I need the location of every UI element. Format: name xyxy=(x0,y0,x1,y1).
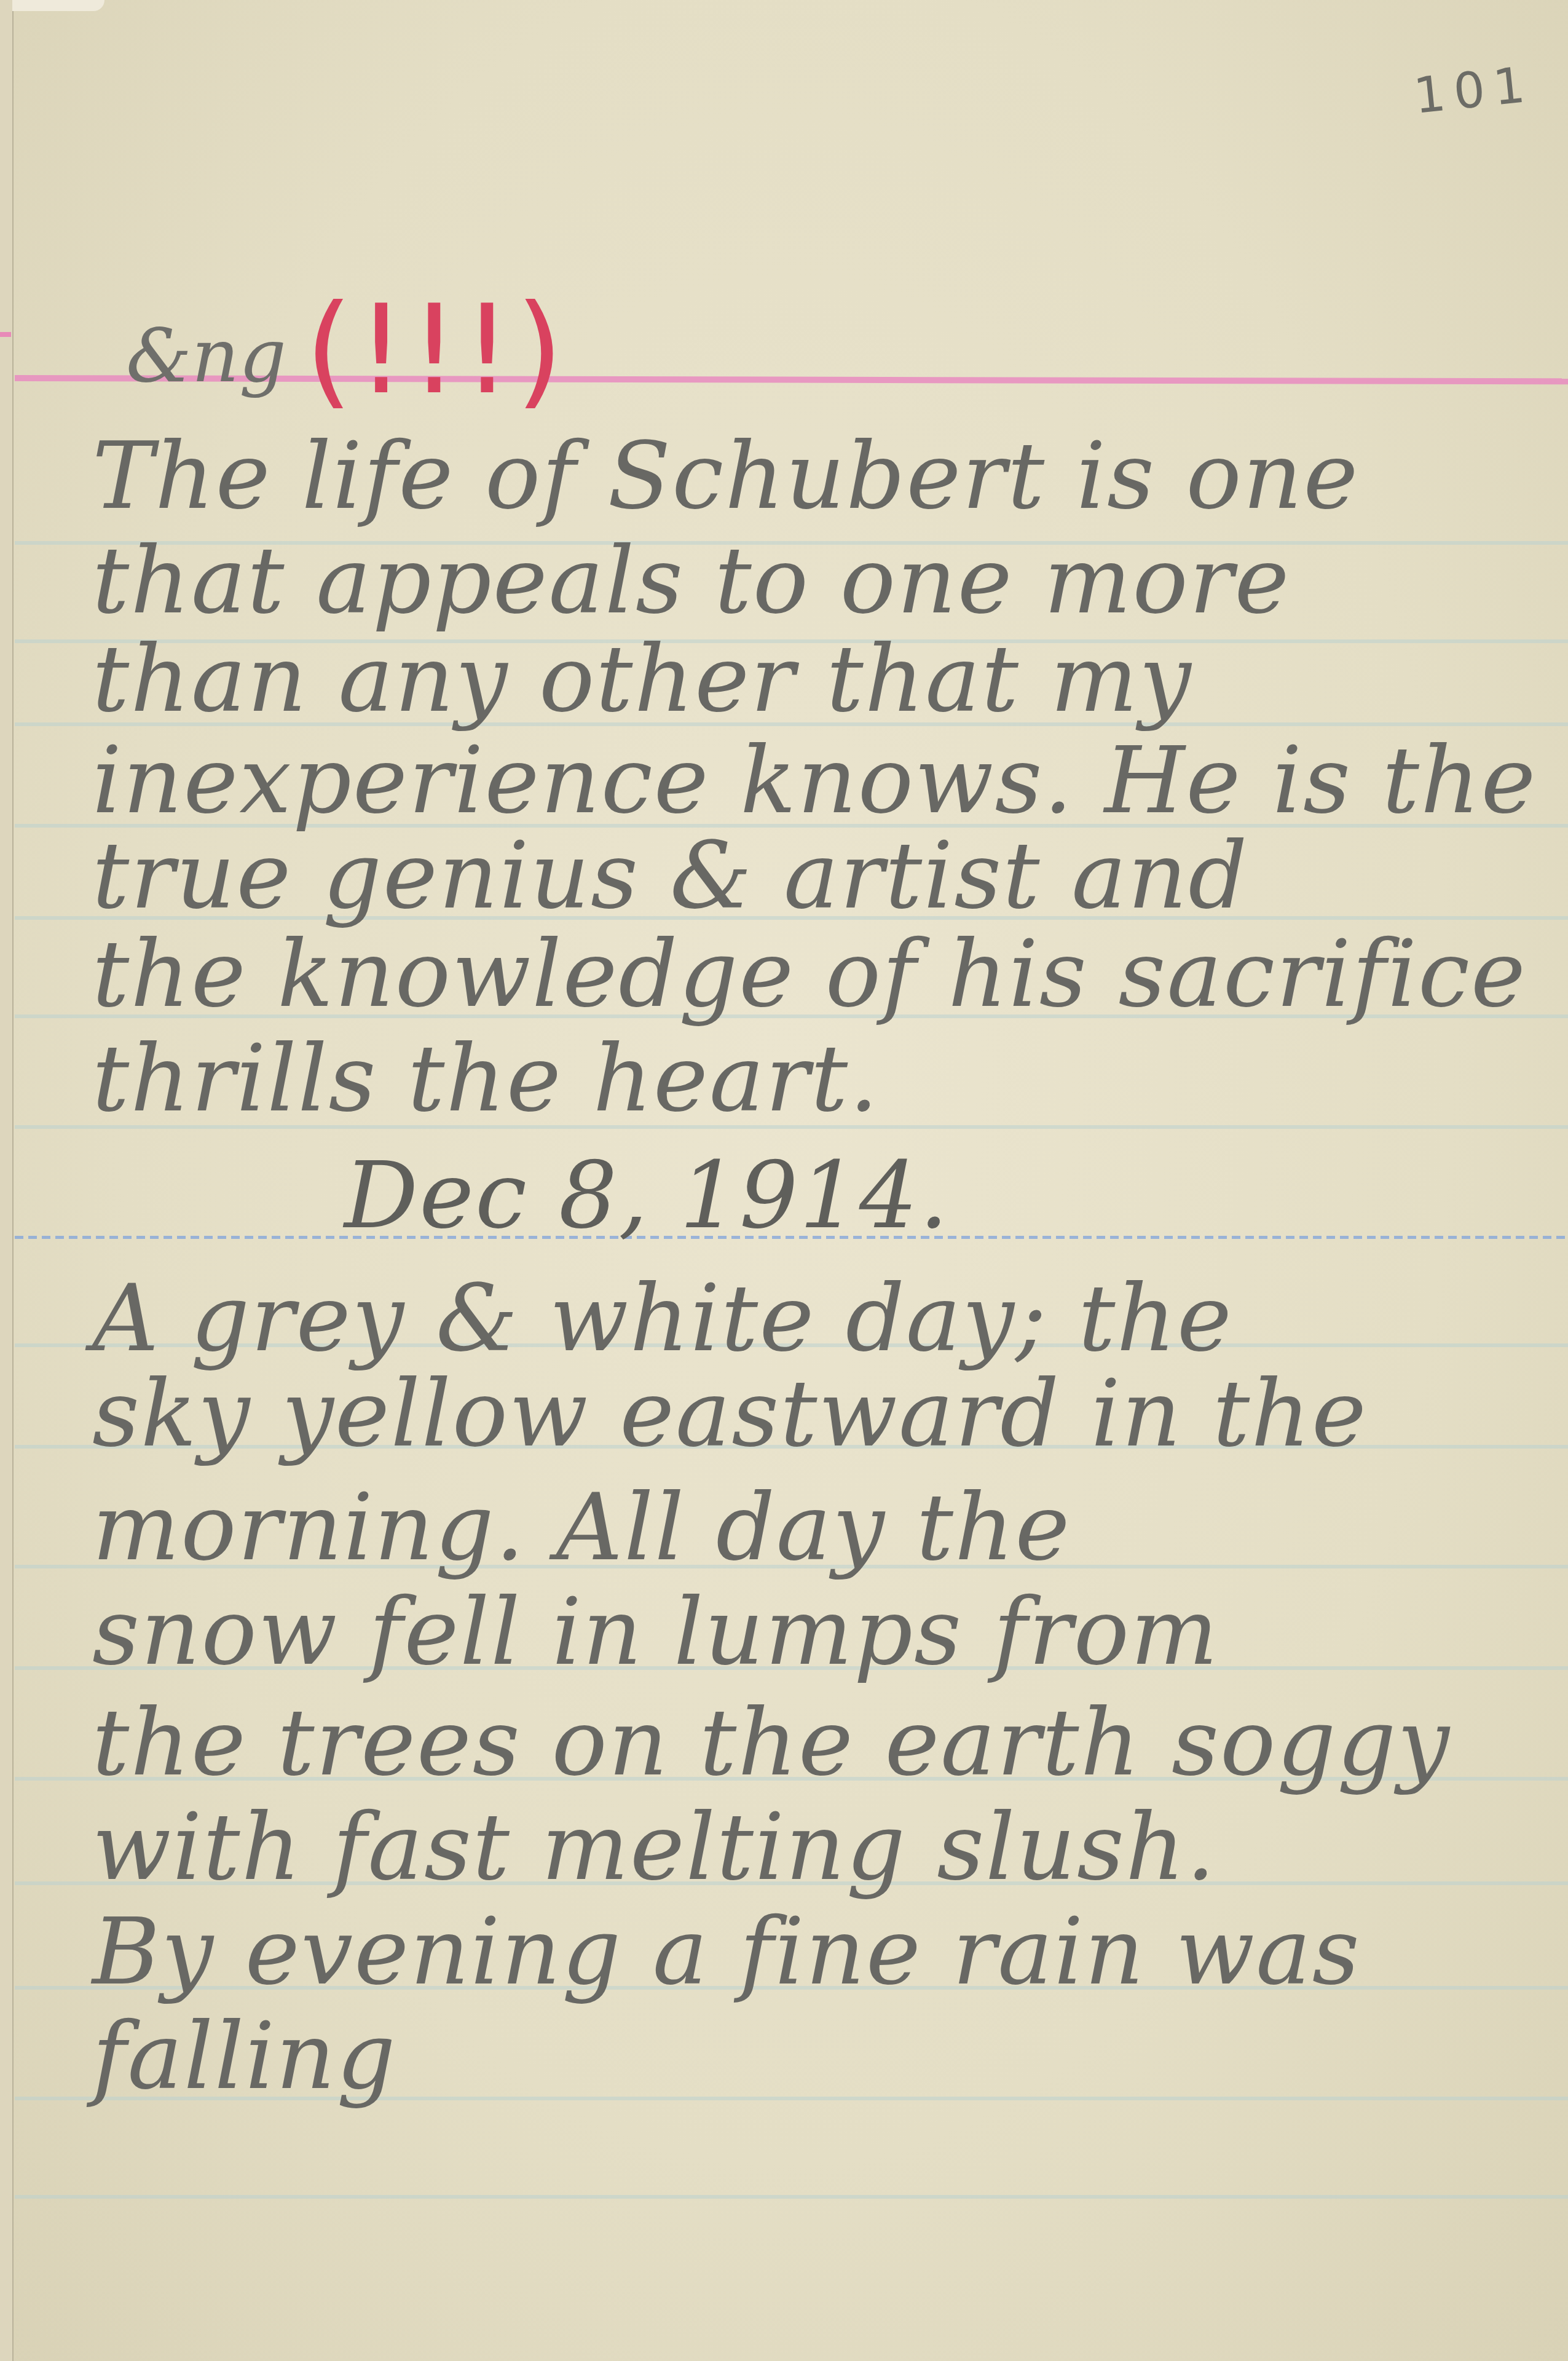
margin-line-stub xyxy=(0,332,11,337)
page-top-fold xyxy=(12,0,104,11)
entry-line: thrills the heart. xyxy=(92,1033,880,1125)
entry-line: The life of Schubert is one xyxy=(92,430,1359,523)
entry-line: the trees on the earth soggy xyxy=(92,1697,1451,1789)
notebook-page: 101 &ng (!!!) The life of Schubert is on… xyxy=(0,0,1568,2361)
entry-line: By evening a fine rain was xyxy=(92,1906,1361,1998)
entry-line: with fast melting slush. xyxy=(92,1801,1216,1894)
entry-line: sky yellow eastward in the xyxy=(92,1368,1368,1460)
entry-line: snow fell in lumps from xyxy=(92,1586,1219,1679)
entry-line: inexperience knows. He is the xyxy=(92,735,1537,827)
ruled-line xyxy=(15,2195,1568,2199)
exclamation-marks: (!!!) xyxy=(305,289,567,412)
page-binding-edge xyxy=(0,0,14,2361)
entry-line: that appeals to one more xyxy=(92,535,1290,627)
entry-line: true genius & artist and xyxy=(92,830,1248,922)
page-number: 101 xyxy=(1411,55,1536,125)
entry-line: than any other that my xyxy=(92,633,1192,726)
entry-line: falling xyxy=(92,2011,397,2103)
annotation-word: &ng xyxy=(126,320,286,393)
entry-line: A grey & white day; the xyxy=(92,1273,1233,1365)
margin-annotation: &ng (!!!) xyxy=(126,271,567,393)
entry-date: Dec 8, 1914. xyxy=(344,1150,950,1242)
entry-line: the knowledge of his sacrifice xyxy=(92,928,1527,1021)
entry-line: morning. All day the xyxy=(92,1482,1071,1574)
